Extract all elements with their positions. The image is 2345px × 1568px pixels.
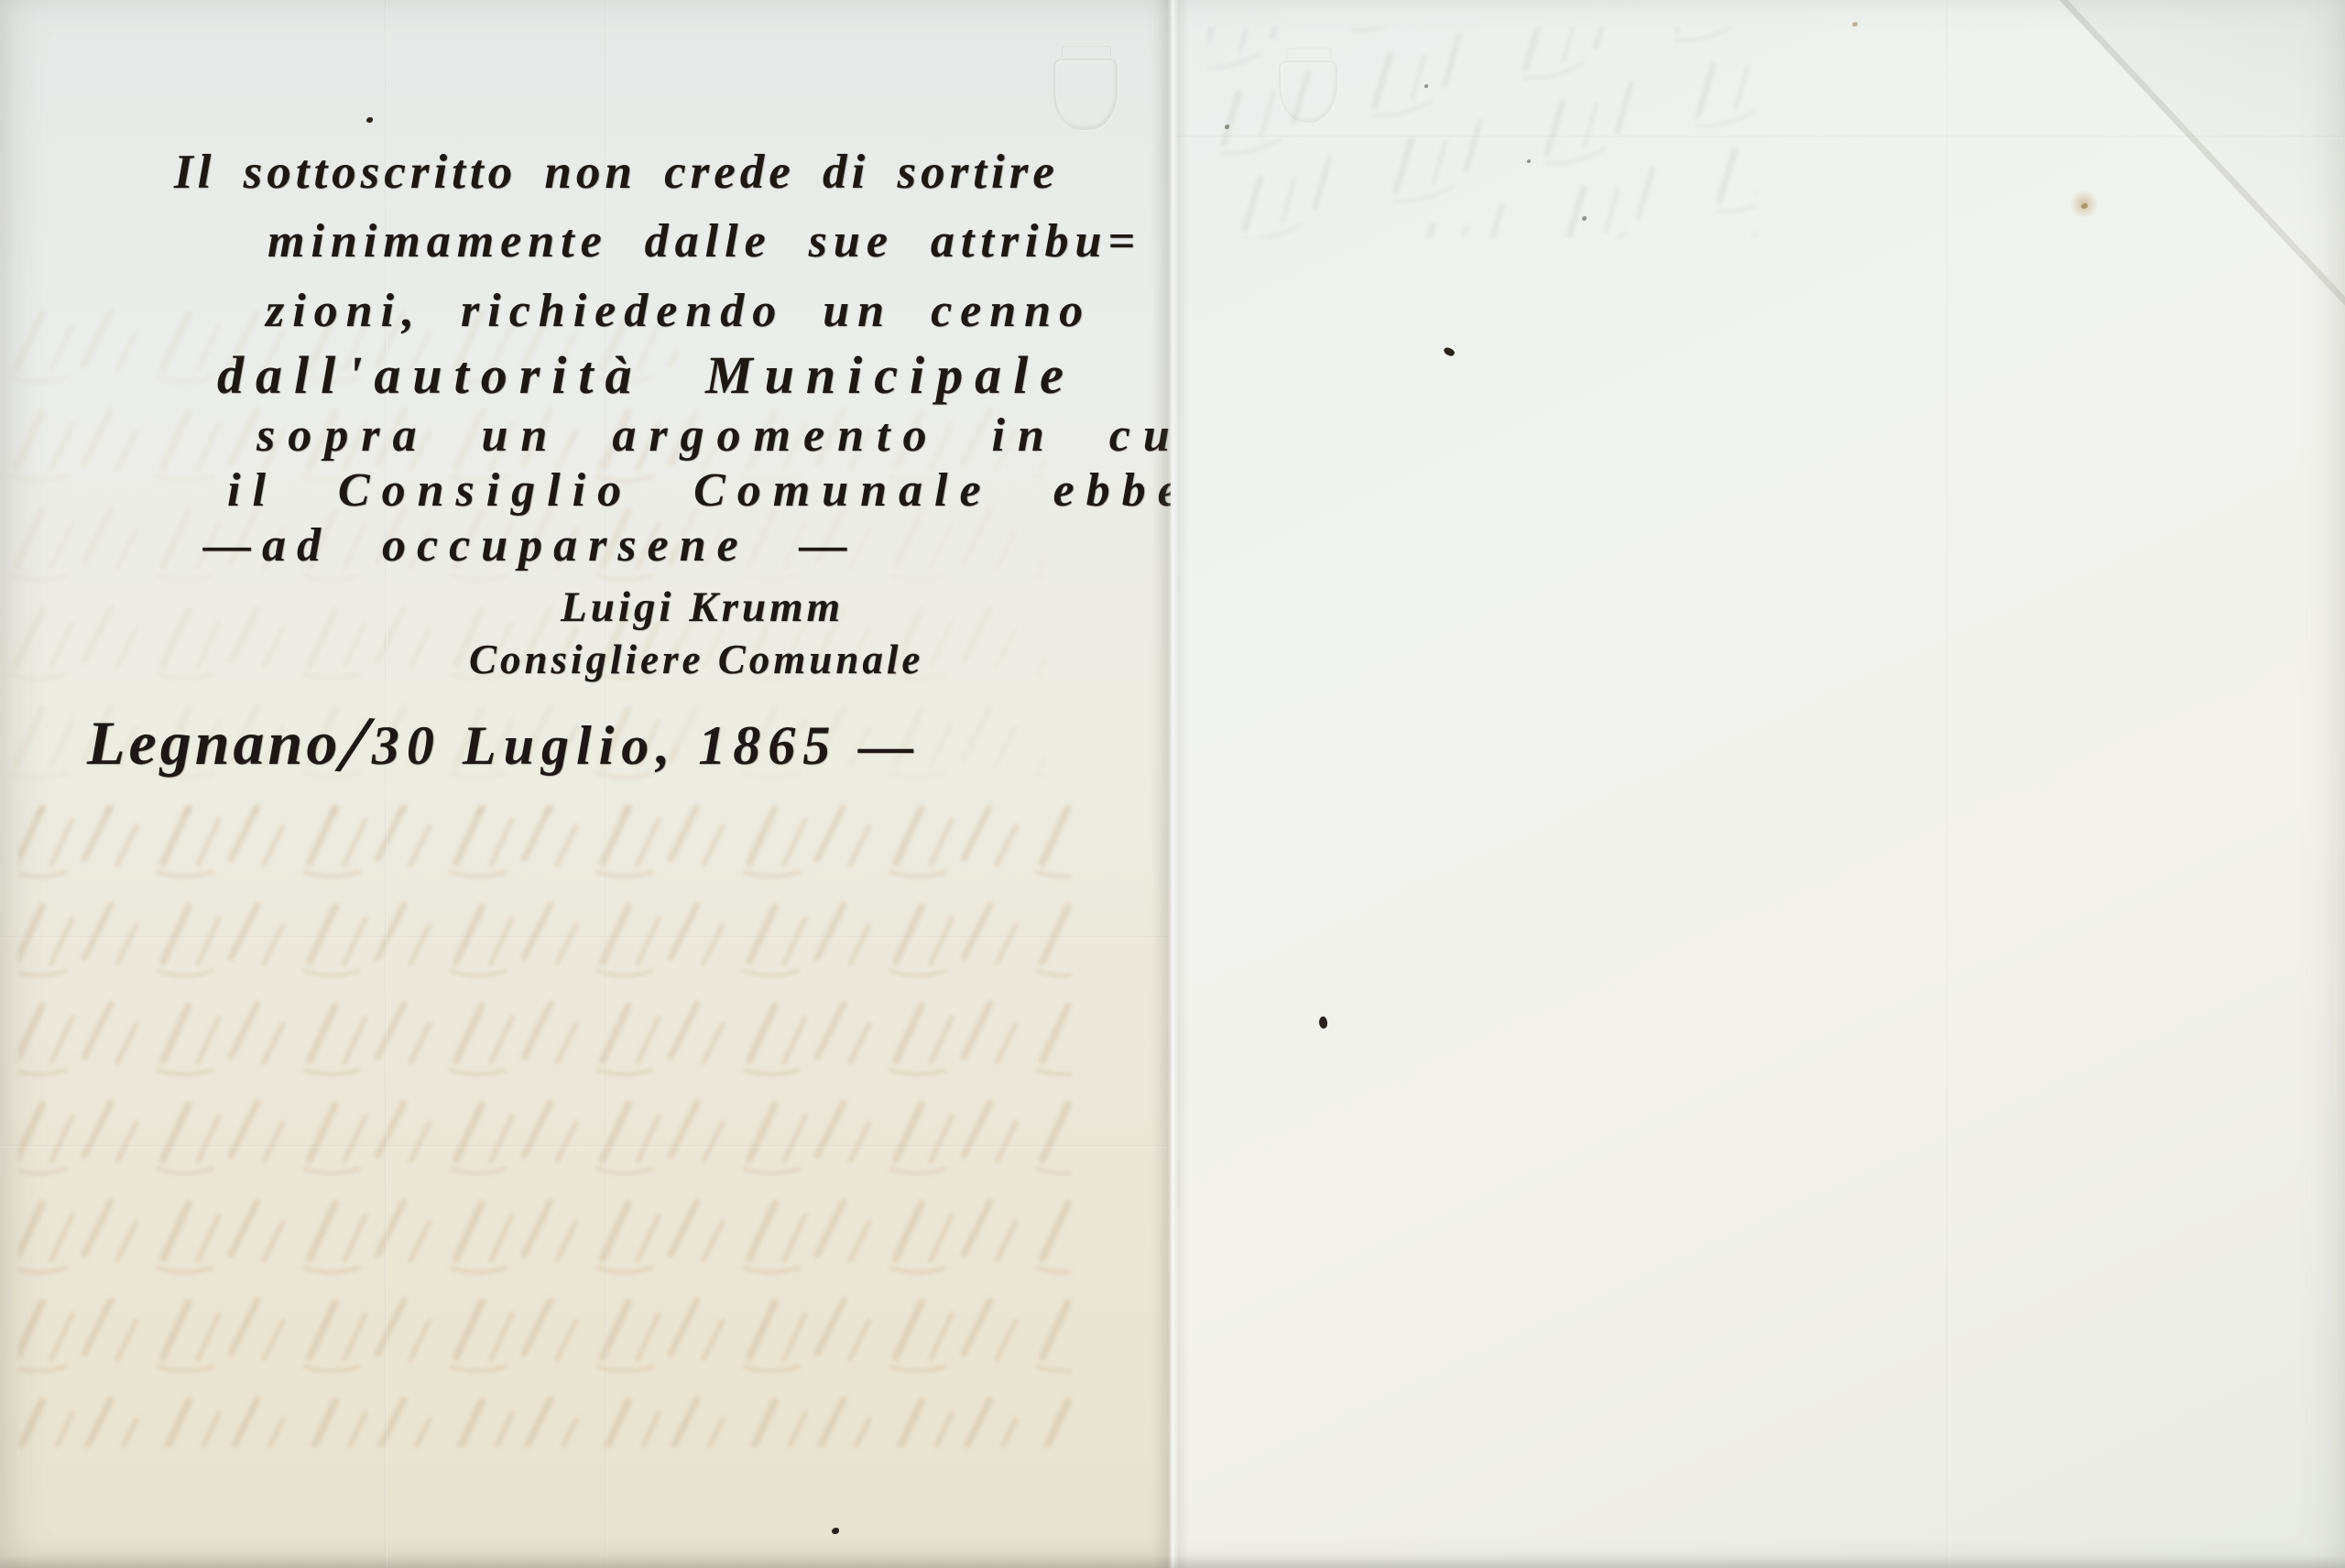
dateline-flourish: / — [339, 701, 371, 787]
fold-crease — [1171, 136, 2345, 138]
paper-stain — [2068, 191, 2100, 218]
letter-line-7: —ad occuparsene — — [203, 518, 858, 572]
dateline-date: 30 Luglio, 1865 — — [372, 714, 921, 778]
stain-speck — [1852, 22, 1858, 27]
scan-edge-shadow — [0, 1555, 2345, 1568]
letter-line-6: il Consiglio Comunale ebbe — [227, 463, 1191, 517]
fold-crease — [1947, 0, 1949, 1568]
letter-line-3: zioni, richiedendo un cenno — [266, 284, 1091, 338]
embossed-seal-right — [1279, 60, 1337, 123]
letter-line-5: sopra un argomento in cui — [256, 408, 1208, 463]
letter-page-right — [1171, 0, 2345, 1568]
ink-speck — [1527, 159, 1531, 163]
ink-speck — [1317, 1016, 1328, 1029]
signature-name: Luigi Krumm — [561, 583, 844, 632]
fold-crease — [0, 936, 1171, 939]
letter-page-left: Il sottoscritto non crede di sortire min… — [0, 0, 1171, 1568]
ink-speck — [1443, 345, 1456, 357]
dateline-place: Legnano — [87, 707, 341, 779]
signature-title: Consigliere Comunale — [469, 636, 923, 683]
ink-speck — [366, 117, 373, 123]
letter-line-4: dall'autorità Municipale — [217, 344, 1075, 406]
ink-speck — [1424, 84, 1428, 88]
dateline: Legnano / 30 Luglio, 1865 — — [87, 707, 921, 786]
embossed-seal-left — [1053, 59, 1118, 130]
center-fold — [1152, 0, 1189, 1568]
ink-speck — [832, 1528, 839, 1534]
bleedthrough-ghost-text — [1171, 0, 2345, 1568]
letter-line-2: minimamente dalle sue attribu= — [267, 214, 1141, 268]
scanned-letter: Il sottoscritto non crede di sortire min… — [0, 0, 2345, 1568]
fold-crease — [0, 1145, 1171, 1148]
ink-speck — [1225, 125, 1229, 129]
ink-speck — [1582, 216, 1587, 221]
letter-line-1: Il sottoscritto non crede di sortire — [174, 145, 1059, 200]
